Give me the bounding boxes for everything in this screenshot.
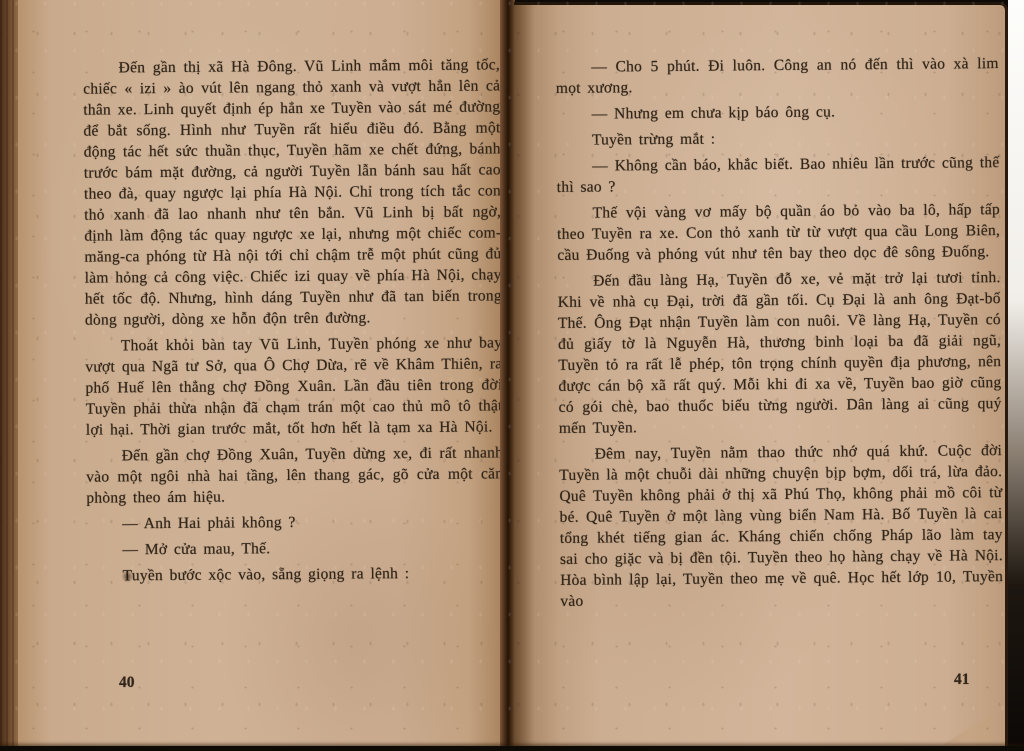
right-page-text: — Cho 5 phút. Đi luôn. Công an nó đến th… [556, 53, 1004, 612]
left-page-text: Đến gần thị xã Hà Đông. Vũ Linh mắm môi … [83, 54, 504, 586]
paragraph: Thế vội vàng vơ mấy bộ quần áo bỏ vào ba… [557, 199, 1001, 266]
page-bottom-edge [0, 746, 1024, 751]
paragraph: Tuyền trừng mắt : [556, 126, 999, 151]
paragraph: Đến đầu làng Hạ, Tuyền đỗ xe, vẻ mặt trở… [557, 267, 1001, 439]
paragraph: — Anh Hai phải không ? [87, 510, 504, 534]
paragraph: Đêm nay, Tuyền nằm thao thức nhớ quá khứ… [559, 440, 1003, 612]
scanner-background [1008, 0, 1024, 751]
ink-smudge [121, 571, 134, 582]
book-gutter [500, 0, 515, 751]
paragraph: — Nhưng em chưa kịp báo ông cụ. [556, 100, 999, 125]
paragraph: Thoát khỏi bàn tay Vũ Linh, Tuyền phóng … [85, 332, 503, 440]
left-page: Đến gần thị xã Hà Đông. Vũ Linh mắm môi … [18, 0, 502, 751]
paragraph: Tuyền bước xộc vào, sẵng giọng ra lệnh : [87, 562, 504, 586]
paragraph: — Mở cửa mau, Thế. [87, 536, 504, 560]
left-page-number: 40 [119, 674, 135, 692]
folded-corner-mark [939, 715, 991, 745]
paragraph: Đến gần chợ Đồng Xuân, Tuyền dừng xe, đi… [86, 442, 503, 508]
paragraph: — Không cần báo, khắc biết. Bao nhiêu lầ… [556, 152, 999, 198]
gutter-crease-shadow [514, 5, 560, 749]
right-page: — Cho 5 phút. Đi luôn. Công an nó đến th… [514, 2, 1008, 749]
paragraph: — Cho 5 phút. Đi luôn. Công an nó đến th… [556, 53, 999, 99]
scanned-book-spread: { "document": { "kind": "scanned book sp… [0, 0, 1024, 751]
paragraph: Đến gần thị xã Hà Đông. Vũ Linh mắm môi … [83, 54, 502, 330]
right-page-number: 41 [954, 671, 970, 689]
